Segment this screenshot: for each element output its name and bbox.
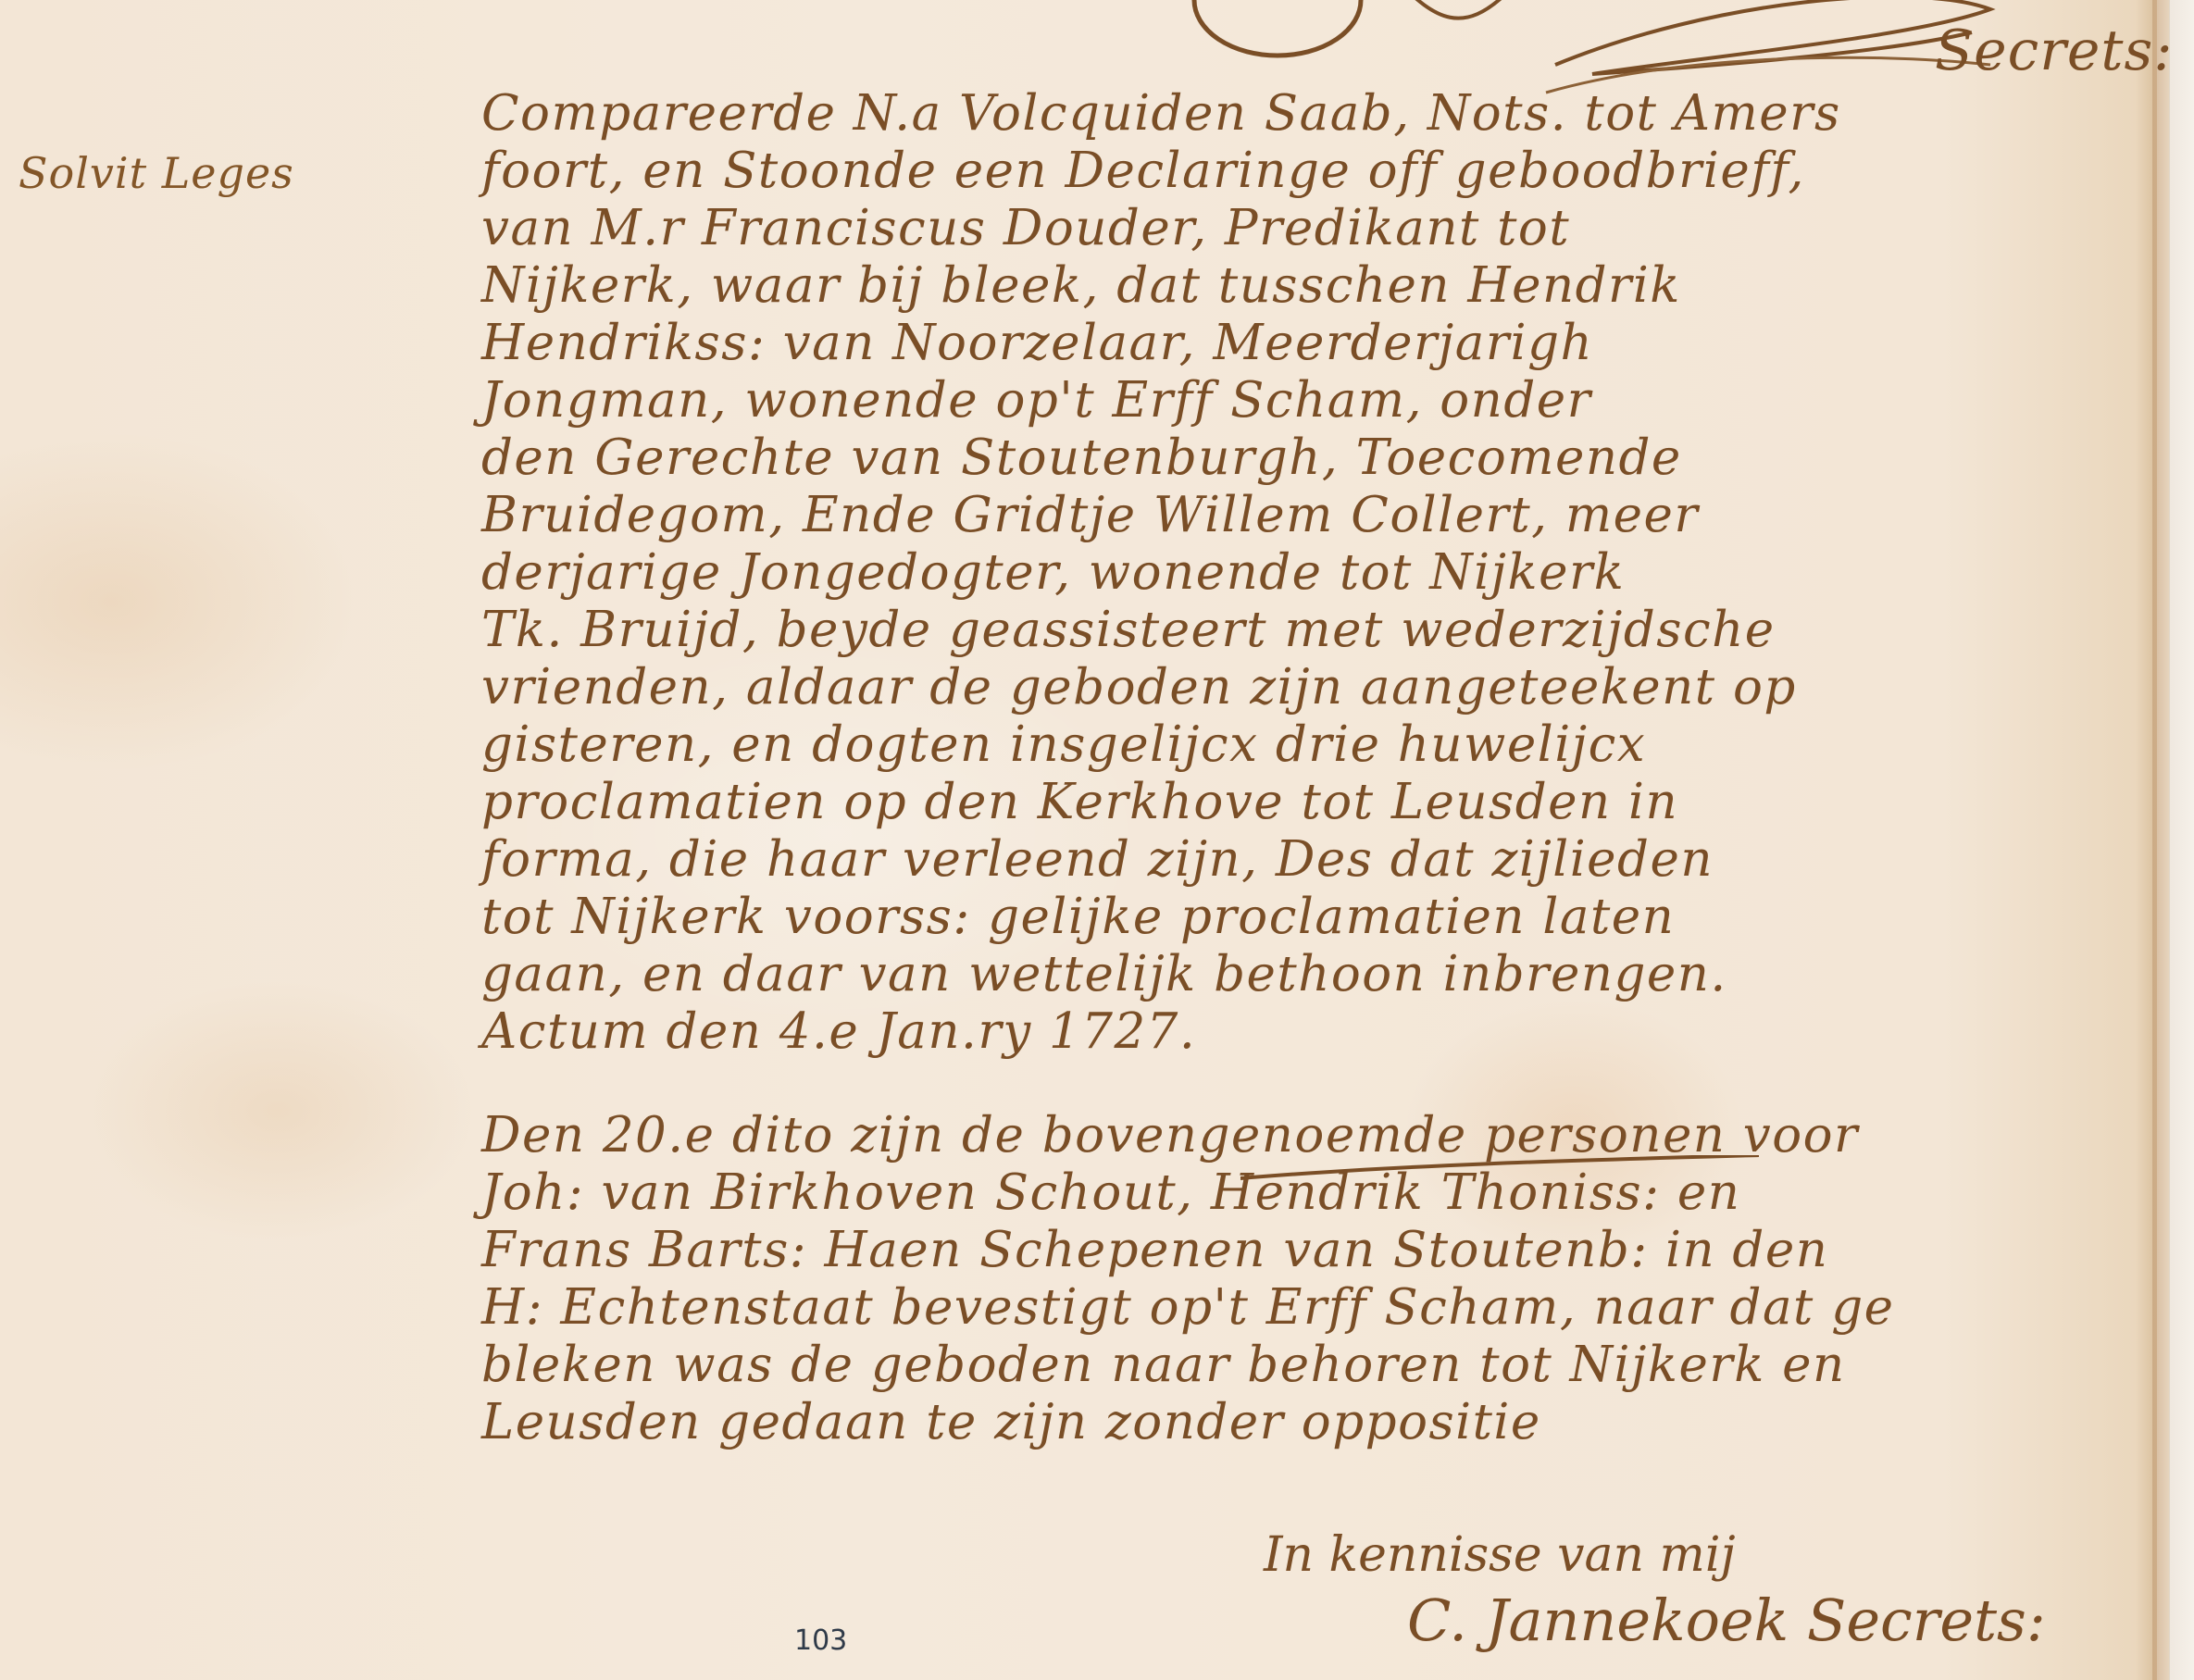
body-line: vrienden, aldaar de geboden zijn aangete… xyxy=(481,659,2148,716)
body-line: den Gerechte van Stoutenburgh, Toecomend… xyxy=(481,429,2148,487)
body-line: foort, en Stoonde een Declaringe off geb… xyxy=(481,143,2148,200)
body-line: forma, die haar verleend zijn, Des dat z… xyxy=(481,831,2148,889)
header-secret-text: Secrets: xyxy=(1935,19,2174,83)
confirmation-line: H: Echtenstaat bevestigt op't Erff Scham… xyxy=(481,1279,2148,1337)
divider-stroke-icon xyxy=(1240,1155,1759,1183)
body-line: tot Nijkerk voorss: gelijke proclamatien… xyxy=(481,889,2148,946)
body-line: gaan, en daar van wettelijk bethoon inbr… xyxy=(481,946,2148,1003)
signature-block: In kennisse van mij C. Jannekoek Secrets… xyxy=(1259,1527,2046,1654)
document-body: Compareerde N.a Volcquiden Saab, Nots. t… xyxy=(481,85,2148,1451)
margin-note: Solvit Leges xyxy=(19,148,294,198)
body-line: gisteren, en dogten insgelijcx drie huwe… xyxy=(481,716,2148,774)
body-line: Compareerde N.a Volcquiden Saab, Nots. t… xyxy=(481,85,2148,143)
secretary-signature: C. Jannekoek Secrets: xyxy=(1407,1587,2046,1654)
mount-board xyxy=(2169,0,2194,1680)
body-line: Hendrikss: van Noorzelaar, Meerderjarigh xyxy=(481,315,2148,372)
paper-edge-stain xyxy=(2152,0,2169,1680)
body-line: Tk. Bruijd, beyde geassisteert met weder… xyxy=(481,602,2148,659)
closing-formula: In kennisse van mij xyxy=(1259,1527,2046,1583)
body-line: van M.r Franciscus Douder, Predikant tot xyxy=(481,200,2148,257)
actum-date-line: Actum den 4.e Jan.ry 1727. xyxy=(481,1003,2148,1061)
body-line: derjarige Jongedogter, wonende tot Nijke… xyxy=(481,544,2148,602)
page-number: 103 xyxy=(794,1624,847,1657)
confirmation-line: Leusden gedaan te zijn zonder oppositie xyxy=(481,1394,2148,1451)
body-line: Bruidegom, Ende Gridtje Willem Collert, … xyxy=(481,487,2148,544)
body-line: Nijkerk, waar bij bleek, dat tusschen He… xyxy=(481,257,2148,315)
body-line: Jongman, wonende op't Erff Scham, onder xyxy=(481,372,2148,429)
confirmation-line: bleken was de geboden naar behoren tot N… xyxy=(481,1337,2148,1394)
body-line: proclamatien op den Kerkhove tot Leusden… xyxy=(481,774,2148,831)
confirmation-line: Frans Barts: Haen Schepenen van Stoutenb… xyxy=(481,1222,2148,1279)
